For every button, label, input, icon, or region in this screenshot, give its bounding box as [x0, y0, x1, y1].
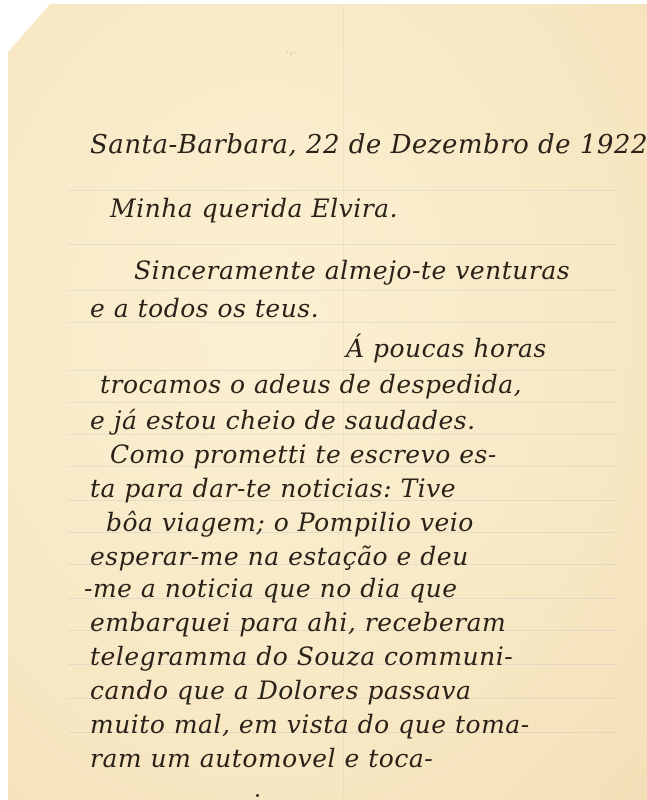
letter-line: ram um automovel e toca-: [90, 744, 433, 773]
letter-paper: ·:· Santa-Barbara, 22 de Dezembro de 192…: [8, 4, 647, 800]
letter-line: telegramma do Souza communi-: [90, 642, 513, 671]
ruled-line: [68, 244, 617, 245]
letter-line: cando que a Dolores passava: [90, 676, 471, 705]
letter-line: e já estou cheio de saudades.: [90, 406, 476, 435]
ruled-line: [68, 402, 617, 403]
letter-line: ta para dar-te noticias: Tive: [90, 474, 456, 503]
ruled-line: [68, 290, 617, 291]
letter-line: Como prometti te escrevo es-: [110, 440, 497, 469]
letter-line: e a todos os teus.: [90, 294, 319, 323]
letter-line: trocamos o adeus de despedida,: [100, 370, 522, 399]
salutation: Minha querida Elvira.: [110, 194, 398, 223]
letter-line: embarquei para ahi, receberam: [90, 608, 506, 637]
letter-line: Á poucas horas: [346, 334, 547, 363]
ink-specks: ·:·: [286, 50, 298, 57]
letter-line: Sinceramente almejo-te venturas: [134, 256, 570, 285]
letter-line: muito mal, em vista do que toma-: [90, 710, 530, 739]
letter-line: bôa viagem; o Pompilio veio: [106, 508, 474, 537]
ruled-line: [68, 190, 617, 191]
ink-dot: [256, 794, 259, 797]
letter-line: -me a noticia que no dia que: [84, 574, 458, 603]
letter-line: esperar-me na estação e deu: [90, 542, 469, 571]
place-and-date: Santa-Barbara, 22 de Dezembro de 1922.: [90, 130, 647, 160]
